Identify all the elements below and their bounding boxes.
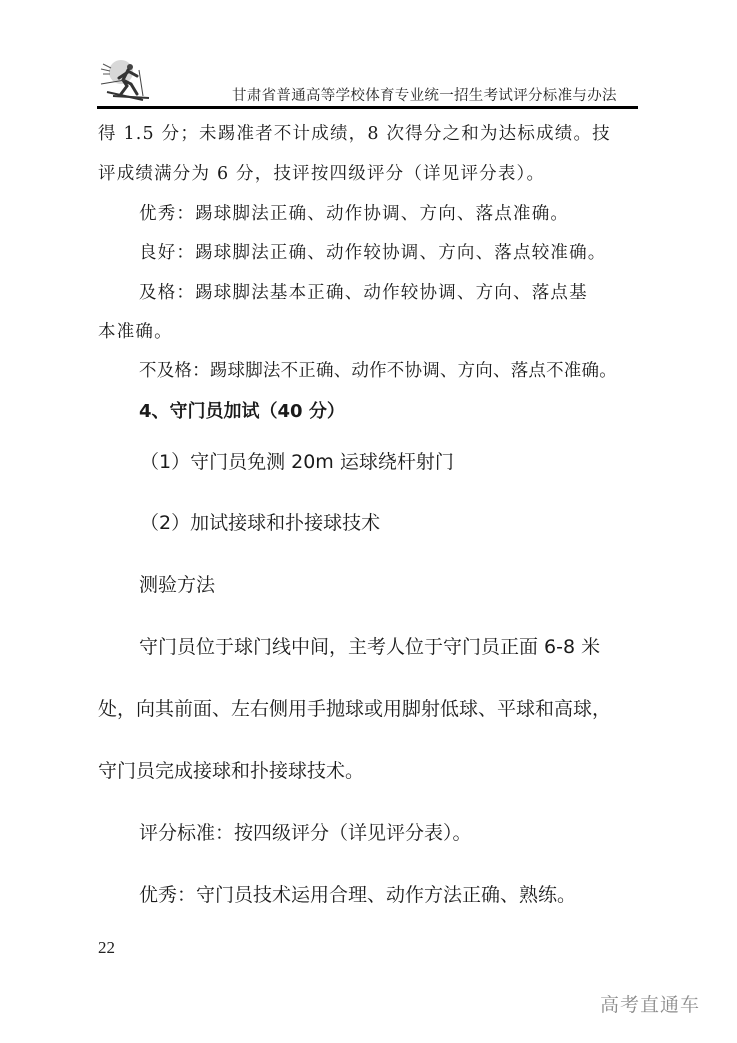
header-divider [97, 106, 638, 109]
scoring-excellent: 优秀：守门员技术运用合理、动作方法正确、熟练。 [139, 880, 576, 907]
body-line-excellent: 优秀：踢球脚法正确、动作协调、方向、落点准确。 [139, 200, 569, 225]
skier-logo-icon [97, 58, 159, 102]
list-item: （2）加试接球和扑接球技术 [140, 508, 380, 535]
header-title: 甘肃省普通高等学校体育专业统一招生考试评分标准与办法 [232, 84, 617, 105]
body-line-good: 良好：踢球脚法正确、动作较协调、方向、落点较准确。 [139, 239, 607, 264]
body-line: 得 1.5 分；未踢准者不计成绩，8 次得分之和为达标成绩。技 [98, 120, 611, 145]
body-line: 本准确。 [98, 318, 173, 343]
body-line: 评成绩满分为 6 分，技评按四级评分（详见评分表）。 [98, 160, 545, 185]
method-line: 守门员位于球门线中间，主考人位于守门员正面 6-8 米 [139, 632, 600, 659]
page-number: 22 [98, 938, 115, 958]
watermark: 高考直通车 [600, 990, 700, 1017]
method-line: 处，向其前面、左右侧用手抛球或用脚射低球、平球和高球， [98, 694, 611, 721]
body-line-fail: 不及格：踢球脚法不正确、动作不协调、方向、落点不准确。 [139, 357, 617, 382]
document-page: 甘肃省普通高等学校体育专业统一招生考试评分标准与办法 得 1.5 分；未踢准者不… [0, 0, 737, 1043]
section-heading: 4、守门员加试（40 分） [139, 397, 345, 423]
scoring-standard: 评分标准：按四级评分（详见评分表）。 [139, 818, 472, 845]
method-line: 守门员完成接球和扑接球技术。 [98, 756, 364, 783]
body-line-pass: 及格：踢球脚法基本正确、动作较协调、方向、落点基 [139, 279, 588, 304]
list-item: （1）守门员免测 20m 运球绕杆射门 [140, 447, 454, 474]
method-heading: 测验方法 [139, 570, 215, 597]
